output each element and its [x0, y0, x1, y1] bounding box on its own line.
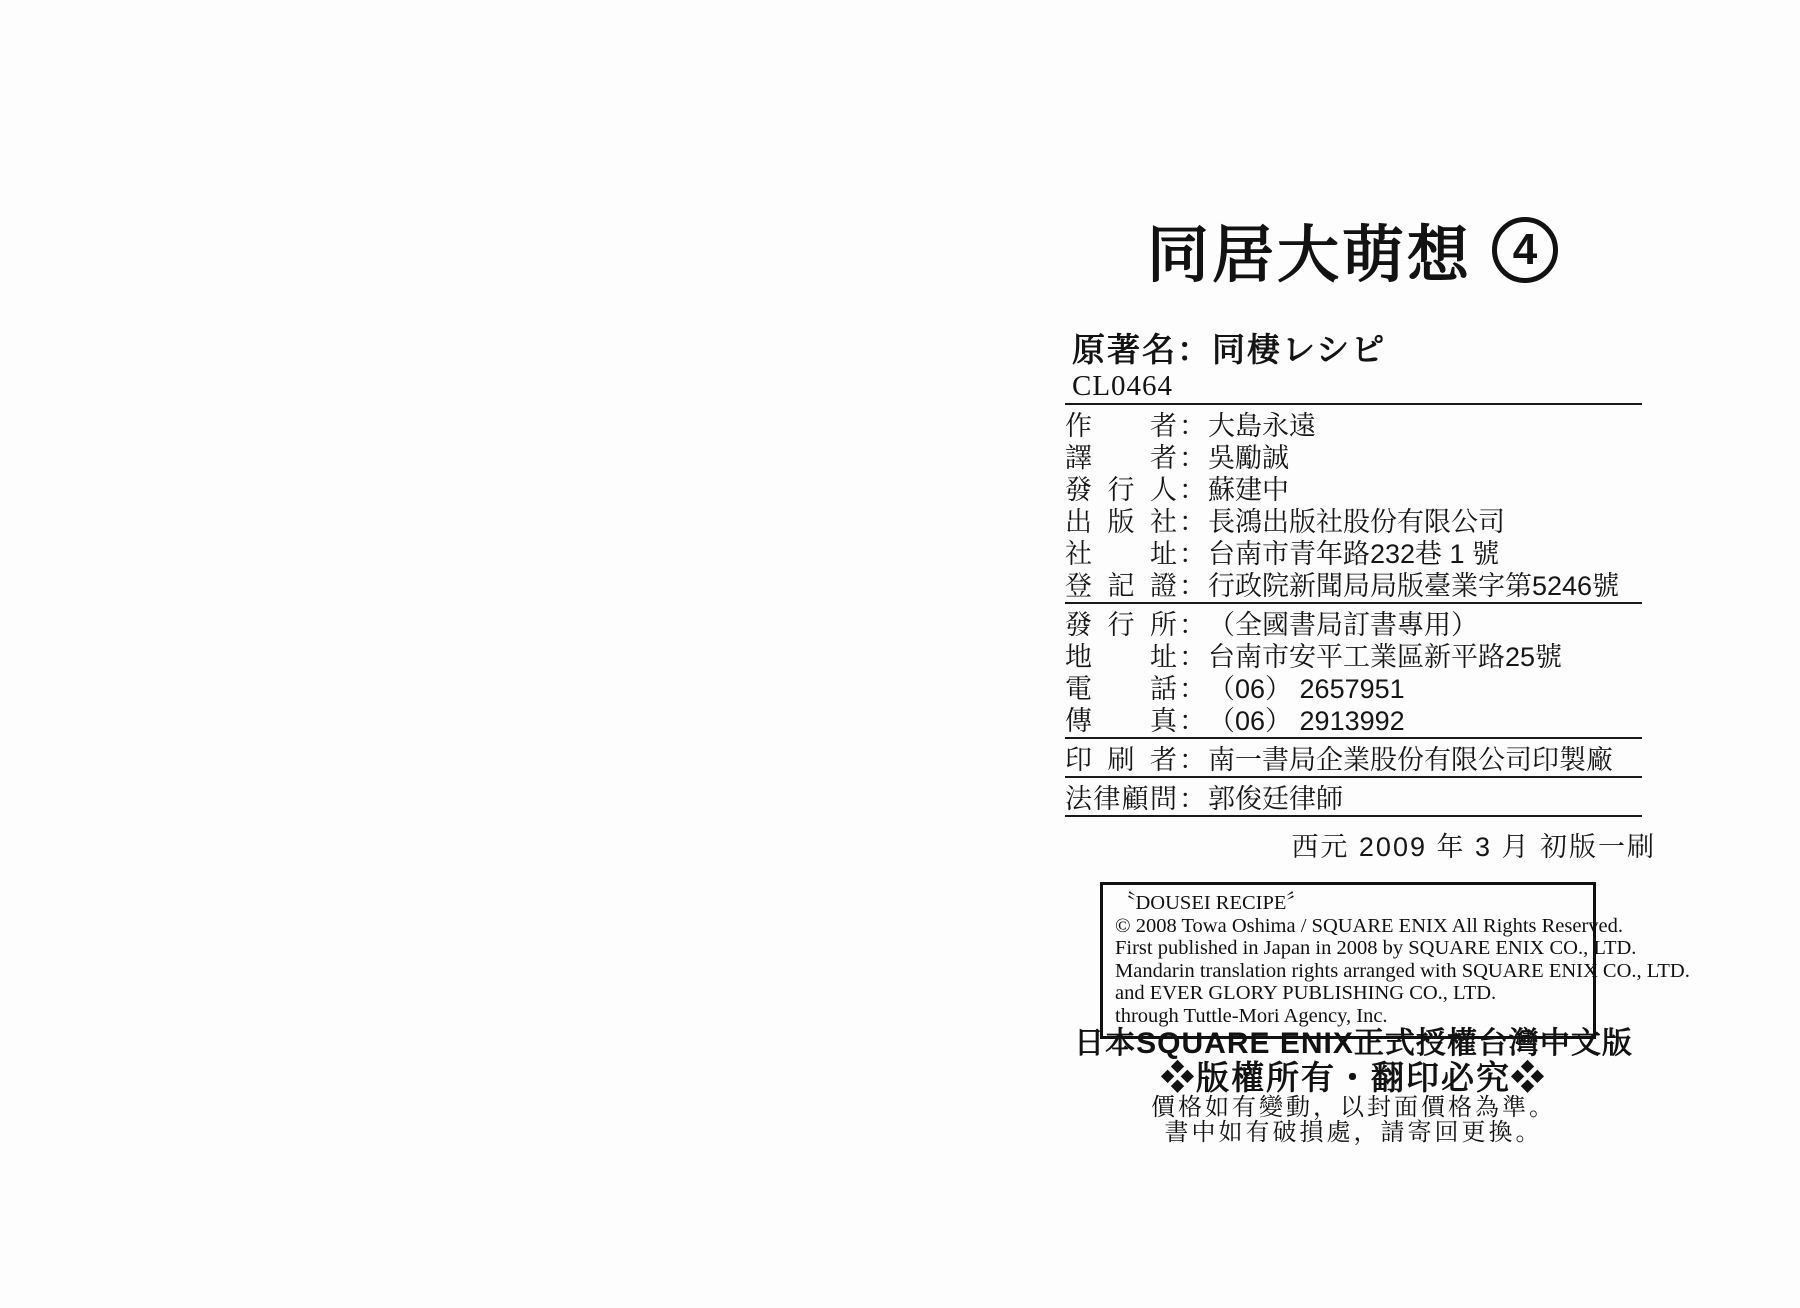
- row-printer: 印刷者：南一書局企業股份有限公司印製廠: [1065, 741, 1642, 773]
- colon-separator: ：: [1179, 699, 1206, 738]
- row-label: 法律顧問: [1065, 777, 1177, 816]
- copyright-line: 〝DOUSEI RECIPE〞: [1115, 892, 1583, 915]
- row-value: 郭俊廷律師: [1208, 777, 1343, 816]
- row-label: 登記證: [1065, 564, 1177, 603]
- row-registration: 登記證：行政院新聞局局版臺業字第5246號: [1065, 567, 1642, 599]
- colophon-group-distribution: 發行所：（全國書局訂書專用） 地址：台南市安平工業區新平路25號 電話：（06）…: [1065, 604, 1642, 737]
- row-value: （06） 2913992: [1208, 699, 1405, 738]
- row-value: 南一書局企業股份有限公司印製廠: [1208, 738, 1613, 777]
- row-translator: 譯者：吳勵誠: [1065, 439, 1642, 471]
- scanned-page: 同居大萌想 4 原著名：同棲レシピ CL0464 作者：大島永遠 譯者：吳勵誠 …: [0, 0, 1800, 1308]
- row-issuer: 發行人：蘇建中: [1065, 471, 1642, 503]
- colon-separator: ：: [1179, 738, 1206, 777]
- colophon-group-legal: 法律顧問：郭俊廷律師: [1065, 778, 1642, 815]
- row-legal-advisor: 法律顧問：郭俊廷律師: [1065, 780, 1642, 812]
- colophon-table: 作者：大島永遠 譯者：吳勵誠 發行人：蘇建中 出版社：長鴻出版社股份有限公司 社…: [1065, 403, 1642, 864]
- colon-separator: ：: [1177, 331, 1212, 368]
- colophon-group-printer: 印刷者：南一書局企業股份有限公司印製廠: [1065, 739, 1642, 776]
- row-publishing-house: 出版社：長鴻出版社股份有限公司: [1065, 503, 1642, 535]
- row-company-address: 社址：台南市青年路232巷 1 號: [1065, 535, 1642, 567]
- row-address: 地址：台南市安平工業區新平路25號: [1065, 638, 1642, 670]
- original-title-label: 原著名: [1072, 331, 1177, 368]
- original-title-line: 原著名：同棲レシピ: [1072, 324, 1386, 371]
- row-distributor: 發行所：（全國書局訂書專用）: [1065, 606, 1642, 638]
- row-label: 傳真: [1065, 699, 1177, 738]
- volume-badge: 4: [1492, 217, 1558, 283]
- copyright-line: and EVER GLORY PUBLISHING CO., LTD.: [1115, 982, 1583, 1005]
- row-label: 印刷者: [1065, 738, 1177, 777]
- book-title: 同居大萌想: [1147, 205, 1472, 294]
- colon-separator: ：: [1179, 777, 1206, 816]
- row-phone: 電話：（06） 2657951: [1065, 670, 1642, 702]
- copyright-line: © 2008 Towa Oshima / SQUARE ENIX All Rig…: [1115, 915, 1583, 938]
- edition-date-line: 西元 2009 年 3 月 初版一刷: [1065, 817, 1656, 864]
- copyright-line: First published in Japan in 2008 by SQUA…: [1115, 937, 1583, 960]
- catalog-code: CL0464: [1072, 370, 1173, 403]
- damage-note: 書中如有破損處，請寄回更換。: [1065, 1112, 1642, 1147]
- colon-separator: ：: [1179, 564, 1206, 603]
- colophon-group-publisher: 作者：大島永遠 譯者：吳勵誠 發行人：蘇建中 出版社：長鴻出版社股份有限公司 社…: [1065, 405, 1642, 602]
- book-title-row: 同居大萌想 4: [1065, 205, 1640, 294]
- row-fax: 傳真：（06） 2913992: [1065, 702, 1642, 734]
- copyright-box: 〝DOUSEI RECIPE〞 © 2008 Towa Oshima / SQU…: [1100, 882, 1596, 1039]
- row-author: 作者：大島永遠: [1065, 407, 1642, 439]
- original-title-value: 同棲レシピ: [1212, 331, 1386, 368]
- copyright-line: Mandarin translation rights arranged wit…: [1115, 960, 1583, 983]
- row-value: 行政院新聞局局版臺業字第5246號: [1208, 564, 1619, 603]
